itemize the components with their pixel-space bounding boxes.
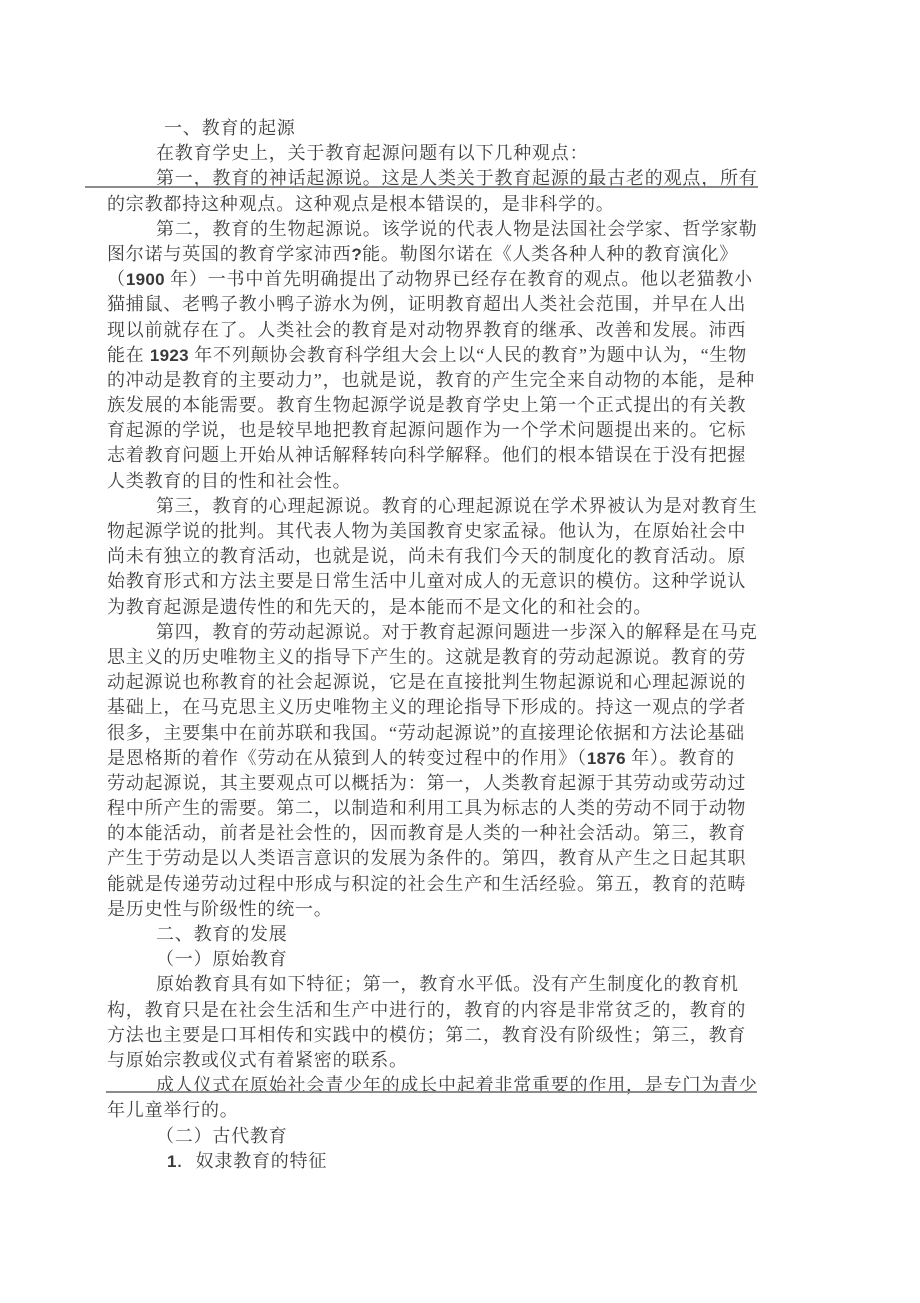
section-heading-1: 一、教育的起源 — [107, 116, 787, 141]
text-line: 的冲动是教育的主要动力”，也就是说，教育的产生完全来自动物的本能，是种 — [107, 368, 787, 393]
text-line: 第三，教育的心理起源说。教育的心理起源说在学术界被认为是对教育生 — [107, 494, 787, 519]
text-line: 始教育形式和方法主要是日常生活中儿童对成人的无意识的模仿。这种学说认 — [107, 569, 787, 594]
text-line: 能就是传递劳动过程中形成与积淀的社会生产和生活经验。第五，教育的范畴 — [107, 872, 787, 897]
text-line: 成人仪式在原始社会青少年的成长中起着非常重要的作用，是专门为青少 — [107, 1073, 787, 1098]
text-line: 族发展的本能需要。教育生物起源学说是教育学史上第一个正式提出的有关教 — [107, 393, 787, 418]
text-line: 是历史性与阶级性的统一。 — [107, 897, 787, 922]
section-heading-2: 二、教育的发展 — [107, 922, 787, 947]
text-line: 现以前就存在了。人类社会的教育是对动物界教育的继承、改善和发展。沛西 — [107, 318, 787, 343]
text-line: 与原始宗教或仪式有着紧密的联系。 — [107, 1048, 787, 1073]
horizontal-rule-2 — [106, 1091, 757, 1093]
text-line: 的宗教都持这种观点。这种观点是根本错误的，是非科学的。 — [107, 192, 787, 217]
text-line: 构，教育只是在社会生活和生产中进行的，教育的内容是非常贫乏的，教育的 — [107, 998, 787, 1023]
subsection-heading-1: （一）原始教育 — [107, 947, 787, 972]
text-line: 能在 1923 年不列颠协会教育科学组大会上以“人民的教育”为题中认为，“生物 — [107, 343, 787, 368]
horizontal-rule-1 — [85, 186, 758, 188]
text-line: 基础上，在马克思主义历史唯物主义的理论指导下形成的。持这一观点的学者 — [107, 695, 787, 720]
text-line: （1900 年）一书中首先明确提出了动物界已经存在教育的观点。他以老猫教小 — [107, 267, 787, 292]
text-line: 年儿童举行的。 — [107, 1098, 787, 1123]
text-line: 劳动起源说，其主要观点可以概括为：第一，人类教育起源于其劳动或劳动过 — [107, 771, 787, 796]
text-line: 物起源学说的批判。其代表人物为美国教育史家孟禄。他认为，在原始社会中 — [107, 519, 787, 544]
text-line: 育起源的学说，也是较早地把教育起源问题作为一个学术问题提出来的。它标 — [107, 418, 787, 443]
text-line: 图尔诺与英国的教育学家沛西?能。勒图尔诺在《人类各种人种的教育演化》 — [107, 242, 787, 267]
text-line: 很多，主要集中在前苏联和我国。“劳动起源说”的直接理论依据和方法论基础 — [107, 721, 787, 746]
list-item-1: 1．奴隶教育的特征 — [107, 1149, 787, 1174]
text-line: 为教育起源是遗传性的和先天的，是本能而不是文化的和社会的。 — [107, 595, 787, 620]
text-line: 程中所产生的需要。第二，以制造和利用工具为标志的人类的劳动不同于动物 — [107, 796, 787, 821]
text-line: 猫捕鼠、老鸭子教小鸭子游水为例，证明教育超出人类社会范围，并早在人出 — [107, 292, 787, 317]
text-line: 第四，教育的劳动起源说。对于教育起源问题进一步深入的解释是在马克 — [107, 620, 787, 645]
subsection-heading-2: （二）古代教育 — [107, 1124, 787, 1149]
text-line: 动起源说也称教育的社会起源说，它是在直接批判生物起源说和心理起源说的 — [107, 670, 787, 695]
text-line: 第二，教育的生物起源说。该学说的代表人物是法国社会学家、哲学家勒 — [107, 217, 787, 242]
document-page: 一、教育的起源 在教育学史上，关于教育起源问题有以下几种观点： 第一，教育的神话… — [0, 0, 920, 1303]
text-line: 的本能活动，前者是社会性的，因而教育是人类的一种社会活动。第三，教育 — [107, 821, 787, 846]
text-line: 方法也主要是口耳相传和实践中的模仿；第二，教育没有阶级性；第三，教育 — [107, 1023, 787, 1048]
text-line: 在教育学史上，关于教育起源问题有以下几种观点： — [107, 141, 787, 166]
document-text-block: 一、教育的起源 在教育学史上，关于教育起源问题有以下几种观点： 第一，教育的神话… — [107, 116, 787, 1174]
text-line: 原始教育具有如下特征；第一，教育水平低。没有产生制度化的教育机 — [107, 972, 787, 997]
text-line: 人类教育的目的性和社会性。 — [107, 469, 787, 494]
text-line: 志着教育问题上开始从神话解释转向科学解释。他们的根本错误在于没有把握 — [107, 443, 787, 468]
text-line: 产生于劳动是以人类语言意识的发展为条件的。第四，教育从产生之日起其职 — [107, 846, 787, 871]
text-line: 是恩格斯的着作《劳动在从猿到人的转变过程中的作用》（1876 年）。教育的 — [107, 746, 787, 771]
text-line: 思主义的历史唯物主义的指导下产生的。这就是教育的劳动起源说。教育的劳 — [107, 645, 787, 670]
text-line: 尚未有独立的教育活动，也就是说，尚未有我们今天的制度化的教育活动。原 — [107, 544, 787, 569]
